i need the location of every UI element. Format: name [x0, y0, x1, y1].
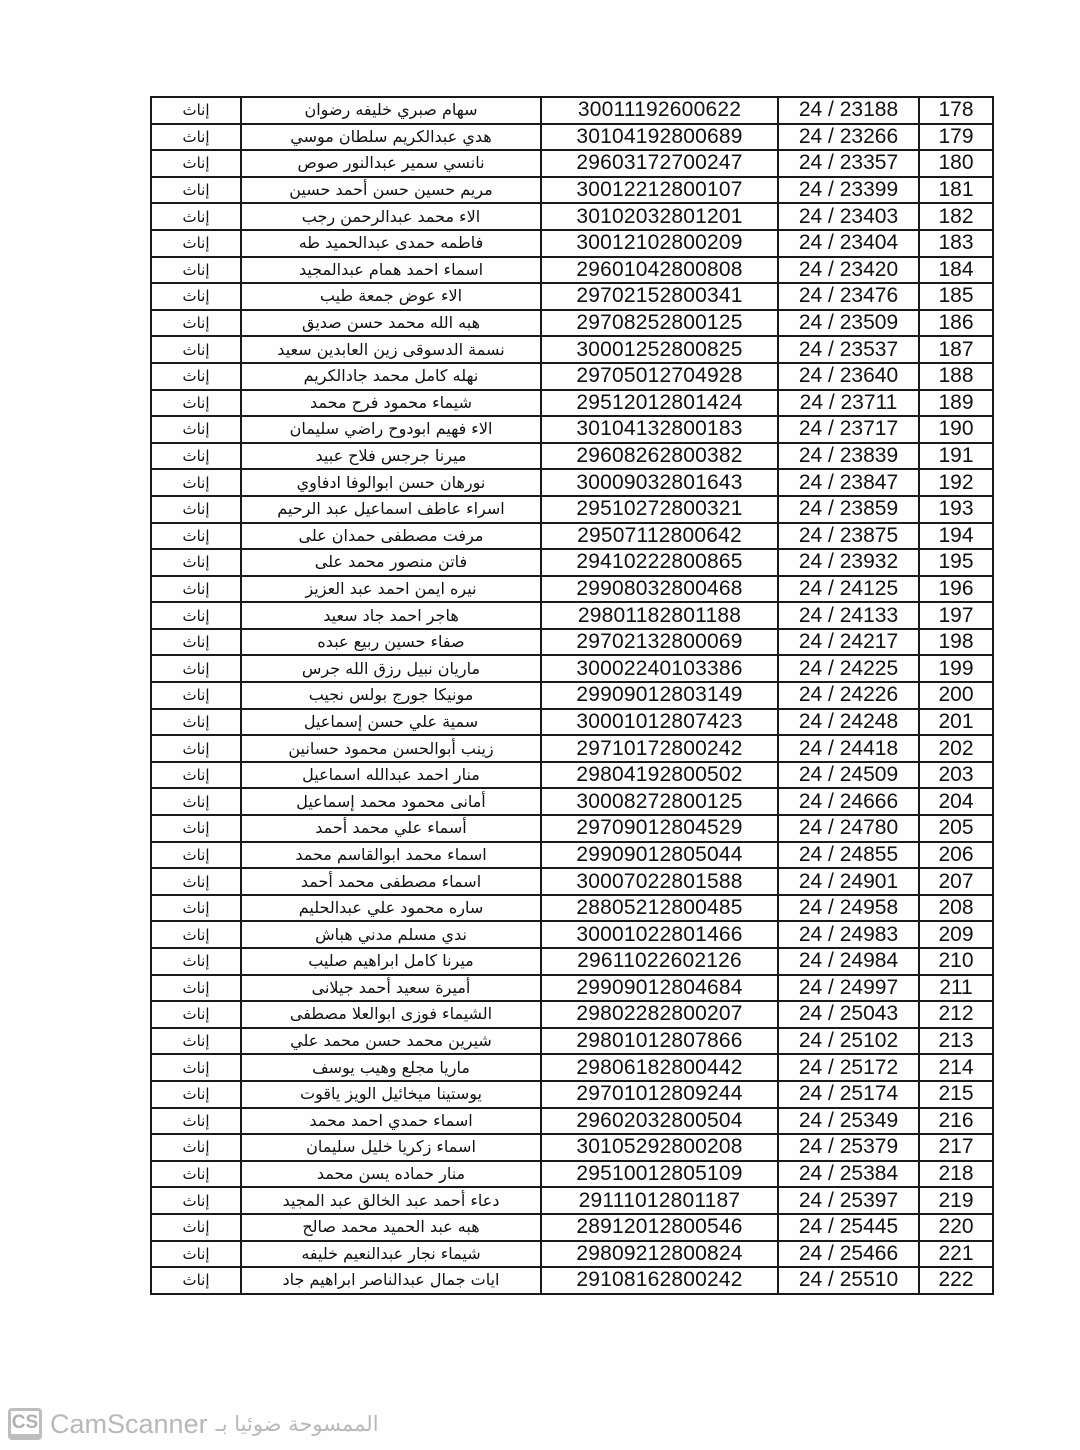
seat-number-cell: 24 / 23404 — [778, 230, 919, 257]
name-cell: ميرنا جرجس فلاح عبيد — [241, 443, 541, 470]
student-roster-table: إناثسهام صبري خليفه رضوان300111926006222… — [150, 96, 994, 1295]
national-id-cell: 29801012807866 — [541, 1028, 778, 1055]
serial-number-cell: 222 — [919, 1267, 993, 1294]
gender-cell: إناث — [151, 975, 241, 1002]
gender-cell: إناث — [151, 336, 241, 363]
seat-number-cell: 24 / 24125 — [778, 576, 919, 603]
seat-number-cell: 24 / 24855 — [778, 842, 919, 869]
national-id-cell: 30001252800825 — [541, 336, 778, 363]
name-cell: الاء محمد عبدالرحمن رجب — [241, 203, 541, 230]
serial-number-cell: 215 — [919, 1081, 993, 1108]
table-row: إناثمنار حماده يسن محمد2951001280510924 … — [151, 1161, 993, 1188]
serial-number-cell: 205 — [919, 815, 993, 842]
gender-cell: إناث — [151, 124, 241, 151]
name-cell: ندي مسلم مدني هباش — [241, 921, 541, 948]
serial-number-cell: 190 — [919, 416, 993, 443]
national-id-cell: 30007022801588 — [541, 868, 778, 895]
name-cell: ايات جمال عبدالناصر ابراهيم جاد — [241, 1267, 541, 1294]
serial-number-cell: 182 — [919, 203, 993, 230]
serial-number-cell: 209 — [919, 921, 993, 948]
national-id-cell: 29710172800242 — [541, 735, 778, 762]
seat-number-cell: 24 / 24133 — [778, 602, 919, 629]
table-row: إناثسمية علي حسن إسماعيل3000101280742324… — [151, 709, 993, 736]
name-cell: ماريان نبيل رزق الله جرس — [241, 655, 541, 682]
table-row: إناثهاجر احمد جاد سعيد2980118280118824 /… — [151, 602, 993, 629]
name-cell: هاجر احمد جاد سعيد — [241, 602, 541, 629]
seat-number-cell: 24 / 24509 — [778, 762, 919, 789]
table-row: إناثميرنا جرجس فلاح عبيد2960826280038224… — [151, 443, 993, 470]
gender-cell: إناث — [151, 842, 241, 869]
serial-number-cell: 208 — [919, 895, 993, 922]
name-cell: الاء فهيم ابودوح راضي سليمان — [241, 416, 541, 443]
serial-number-cell: 206 — [919, 842, 993, 869]
serial-number-cell: 186 — [919, 310, 993, 337]
gender-cell: إناث — [151, 868, 241, 895]
seat-number-cell: 24 / 23188 — [778, 97, 919, 124]
gender-cell: إناث — [151, 1161, 241, 1188]
seat-number-cell: 24 / 25349 — [778, 1108, 919, 1135]
table-row: إناثفاطمه حمدى عبدالحميد طه3001210280020… — [151, 230, 993, 257]
serial-number-cell: 185 — [919, 283, 993, 310]
camscanner-watermark: CS CamScanner الممسوحة ضوئيا بـ — [8, 1404, 379, 1444]
national-id-cell: 29708252800125 — [541, 310, 778, 337]
name-cell: ماريا مجلع وهيب يوسف — [241, 1054, 541, 1081]
seat-number-cell: 24 / 23476 — [778, 283, 919, 310]
name-cell: نهله كامل محمد جادالكريم — [241, 363, 541, 390]
name-cell: سهام صبري خليفه رضوان — [241, 97, 541, 124]
gender-cell: إناث — [151, 1214, 241, 1241]
seat-number-cell: 24 / 24418 — [778, 735, 919, 762]
name-cell: الاء عوض جمعة طيب — [241, 283, 541, 310]
seat-number-cell: 24 / 25043 — [778, 1001, 919, 1028]
national-id-cell: 29608262800382 — [541, 443, 778, 470]
table-row: إناثالاء عوض جمعة طيب2970215280034124 / … — [151, 283, 993, 310]
national-id-cell: 29908032800468 — [541, 576, 778, 603]
serial-number-cell: 204 — [919, 788, 993, 815]
gender-cell: إناث — [151, 443, 241, 470]
table-row: إناثساره محمود علي عبدالحليم288052128004… — [151, 895, 993, 922]
table-row: إناثنورهان حسن ابوالوفا ادفاوي3000903280… — [151, 469, 993, 496]
gender-cell: إناث — [151, 762, 241, 789]
national-id-cell: 29909012805044 — [541, 842, 778, 869]
serial-number-cell: 221 — [919, 1241, 993, 1268]
national-id-cell: 29809212800824 — [541, 1241, 778, 1268]
watermark-brand: CamScanner — [50, 1409, 208, 1440]
national-id-cell: 30104192800689 — [541, 124, 778, 151]
table-row: إناثنسمة الدسوقى زين العابدين سعيد300012… — [151, 336, 993, 363]
seat-number-cell: 24 / 23711 — [778, 390, 919, 417]
national-id-cell: 30012102800209 — [541, 230, 778, 257]
table-row: إناثصفاء حسين ربيع عبده2970213280006924 … — [151, 629, 993, 656]
national-id-cell: 28805212800485 — [541, 895, 778, 922]
national-id-cell: 29909012804684 — [541, 975, 778, 1002]
serial-number-cell: 219 — [919, 1187, 993, 1214]
seat-number-cell: 24 / 23875 — [778, 523, 919, 550]
table-row: إناثمرفت مصطفى حمدان على2950711280064224… — [151, 523, 993, 550]
gender-cell: إناث — [151, 416, 241, 443]
name-cell: منار حماده يسن محمد — [241, 1161, 541, 1188]
national-id-cell: 30012212800107 — [541, 177, 778, 204]
serial-number-cell: 212 — [919, 1001, 993, 1028]
table-row: إناثاسماء احمد همام عبدالمجيد29601042800… — [151, 257, 993, 284]
seat-number-cell: 24 / 23403 — [778, 203, 919, 230]
seat-number-cell: 24 / 24901 — [778, 868, 919, 895]
table-row: إناثميرنا كامل ابراهيم صليب2961102260212… — [151, 948, 993, 975]
seat-number-cell: 24 / 25510 — [778, 1267, 919, 1294]
national-id-cell: 29603172700247 — [541, 150, 778, 177]
serial-number-cell: 220 — [919, 1214, 993, 1241]
serial-number-cell: 191 — [919, 443, 993, 470]
serial-number-cell: 195 — [919, 549, 993, 576]
national-id-cell: 30011192600622 — [541, 97, 778, 124]
name-cell: زينب أبوالحسن محمود حسانين — [241, 735, 541, 762]
national-id-cell: 29702132800069 — [541, 629, 778, 656]
table-row: إناثنانسي سمير عبدالنور صوص2960317270024… — [151, 150, 993, 177]
gender-cell: إناث — [151, 549, 241, 576]
national-id-cell: 29507112800642 — [541, 523, 778, 550]
seat-number-cell: 24 / 23266 — [778, 124, 919, 151]
name-cell: أسماء علي محمد أحمد — [241, 815, 541, 842]
name-cell: ميرنا كامل ابراهيم صليب — [241, 948, 541, 975]
roster-body: إناثسهام صبري خليفه رضوان300111926006222… — [151, 97, 993, 1294]
table-row: إناثهدي عبدالكريم سلطان موسي301041928006… — [151, 124, 993, 151]
table-row: إناثنهله كامل محمد جادالكريم297050127049… — [151, 363, 993, 390]
table-row: إناثاسراء عاطف اسماعيل عبد الرحيم2951027… — [151, 496, 993, 523]
national-id-cell: 29410222800865 — [541, 549, 778, 576]
serial-number-cell: 199 — [919, 655, 993, 682]
serial-number-cell: 218 — [919, 1161, 993, 1188]
name-cell: اسماء محمد ابوالقاسم محمد — [241, 842, 541, 869]
seat-number-cell: 24 / 23847 — [778, 469, 919, 496]
gender-cell: إناث — [151, 1267, 241, 1294]
national-id-cell: 29804192800502 — [541, 762, 778, 789]
table-row: إناثالاء فهيم ابودوح راضي سليمان30104132… — [151, 416, 993, 443]
gender-cell: إناث — [151, 921, 241, 948]
name-cell: منار احمد عبدالله اسماعيل — [241, 762, 541, 789]
gender-cell: إناث — [151, 257, 241, 284]
table-row: إناثأمانى محمود محمد إسماعيل300082728001… — [151, 788, 993, 815]
seat-number-cell: 24 / 24248 — [778, 709, 919, 736]
name-cell: اسماء مصطفى محمد أحمد — [241, 868, 541, 895]
gender-cell: إناث — [151, 895, 241, 922]
gender-cell: إناث — [151, 1241, 241, 1268]
gender-cell: إناث — [151, 469, 241, 496]
table-row: إناثأميرة سعيد أحمد جيلانى29909012804684… — [151, 975, 993, 1002]
name-cell: أميرة سعيد أحمد جيلانى — [241, 975, 541, 1002]
national-id-cell: 29702152800341 — [541, 283, 778, 310]
serial-number-cell: 210 — [919, 948, 993, 975]
name-cell: الشيماء فوزى ابوالعلا مصطفى — [241, 1001, 541, 1028]
seat-number-cell: 24 / 25397 — [778, 1187, 919, 1214]
gender-cell: إناث — [151, 602, 241, 629]
name-cell: اسماء حمدي احمد محمد — [241, 1108, 541, 1135]
gender-cell: إناث — [151, 203, 241, 230]
seat-number-cell: 24 / 24780 — [778, 815, 919, 842]
gender-cell: إناث — [151, 1054, 241, 1081]
name-cell: ساره محمود علي عبدالحليم — [241, 895, 541, 922]
national-id-cell: 30008272800125 — [541, 788, 778, 815]
serial-number-cell: 194 — [919, 523, 993, 550]
national-id-cell: 29709012804529 — [541, 815, 778, 842]
serial-number-cell: 217 — [919, 1134, 993, 1161]
national-id-cell: 29111012801187 — [541, 1187, 778, 1214]
gender-cell: إناث — [151, 1081, 241, 1108]
seat-number-cell: 24 / 24666 — [778, 788, 919, 815]
national-id-cell: 30102032801201 — [541, 203, 778, 230]
table-row: إناثأسماء علي محمد أحمد2970901280452924 … — [151, 815, 993, 842]
serial-number-cell: 216 — [919, 1108, 993, 1135]
name-cell: يوستينا ميخائيل الويز ياقوت — [241, 1081, 541, 1108]
serial-number-cell: 193 — [919, 496, 993, 523]
table-row: إناثاسماء محمد ابوالقاسم محمد29909012805… — [151, 842, 993, 869]
serial-number-cell: 214 — [919, 1054, 993, 1081]
gender-cell: إناث — [151, 1028, 241, 1055]
table-row: إناثماريان نبيل رزق الله جرس300022401033… — [151, 655, 993, 682]
seat-number-cell: 24 / 23357 — [778, 150, 919, 177]
table-row: إناثاسماء زكريا خليل سليمان3010529280020… — [151, 1134, 993, 1161]
seat-number-cell: 24 / 23420 — [778, 257, 919, 284]
serial-number-cell: 213 — [919, 1028, 993, 1055]
seat-number-cell: 24 / 23399 — [778, 177, 919, 204]
table-row: إناثندي مسلم مدني هباش3000102280146624 /… — [151, 921, 993, 948]
seat-number-cell: 24 / 23717 — [778, 416, 919, 443]
national-id-cell: 29512012801424 — [541, 390, 778, 417]
seat-number-cell: 24 / 25445 — [778, 1214, 919, 1241]
name-cell: نورهان حسن ابوالوفا ادفاوي — [241, 469, 541, 496]
serial-number-cell: 196 — [919, 576, 993, 603]
national-id-cell: 29510012805109 — [541, 1161, 778, 1188]
seat-number-cell: 24 / 25172 — [778, 1054, 919, 1081]
seat-number-cell: 24 / 23537 — [778, 336, 919, 363]
serial-number-cell: 207 — [919, 868, 993, 895]
seat-number-cell: 24 / 25102 — [778, 1028, 919, 1055]
seat-number-cell: 24 / 23509 — [778, 310, 919, 337]
national-id-cell: 29108162800242 — [541, 1267, 778, 1294]
name-cell: شيماء محمود فرح محمد — [241, 390, 541, 417]
serial-number-cell: 178 — [919, 97, 993, 124]
gender-cell: إناث — [151, 97, 241, 124]
name-cell: نسمة الدسوقى زين العابدين سعيد — [241, 336, 541, 363]
seat-number-cell: 24 / 25384 — [778, 1161, 919, 1188]
table-row: إناثالشيماء فوزى ابوالعلا مصطفى298022828… — [151, 1001, 993, 1028]
camscanner-logo-icon: CS — [8, 1408, 42, 1440]
seat-number-cell: 24 / 23640 — [778, 363, 919, 390]
national-id-cell: 29802282800207 — [541, 1001, 778, 1028]
watermark-text: الممسوحة ضوئيا بـ — [216, 1412, 379, 1436]
table-row: إناثمريم حسين حسن أحمد حسين3001221280010… — [151, 177, 993, 204]
serial-number-cell: 197 — [919, 602, 993, 629]
serial-number-cell: 184 — [919, 257, 993, 284]
seat-number-cell: 24 / 23859 — [778, 496, 919, 523]
gender-cell: إناث — [151, 1134, 241, 1161]
national-id-cell: 29801182801188 — [541, 602, 778, 629]
table-row: إناثاسماء مصطفى محمد أحمد300070228015882… — [151, 868, 993, 895]
name-cell: هبه الله محمد حسن صديق — [241, 310, 541, 337]
table-row: إناثنيره ايمن احمد عبد العزيز29908032800… — [151, 576, 993, 603]
table-row: إناثشيماء نجار عبدالنعيم خليفه2980921280… — [151, 1241, 993, 1268]
national-id-cell: 29510272800321 — [541, 496, 778, 523]
seat-number-cell: 24 / 24217 — [778, 629, 919, 656]
serial-number-cell: 188 — [919, 363, 993, 390]
name-cell: مريم حسين حسن أحمد حسين — [241, 177, 541, 204]
national-id-cell: 30105292800208 — [541, 1134, 778, 1161]
name-cell: صفاء حسين ربيع عبده — [241, 629, 541, 656]
serial-number-cell: 200 — [919, 682, 993, 709]
gender-cell: إناث — [151, 709, 241, 736]
gender-cell: إناث — [151, 1001, 241, 1028]
name-cell: مونيكا جورج بولس نجيب — [241, 682, 541, 709]
seat-number-cell: 24 / 25466 — [778, 1241, 919, 1268]
national-id-cell: 30009032801643 — [541, 469, 778, 496]
serial-number-cell: 203 — [919, 762, 993, 789]
gender-cell: إناث — [151, 788, 241, 815]
national-id-cell: 30001022801466 — [541, 921, 778, 948]
serial-number-cell: 179 — [919, 124, 993, 151]
serial-number-cell: 180 — [919, 150, 993, 177]
scanned-page: إناثسهام صبري خليفه رضوان300111926006222… — [0, 0, 1080, 1450]
seat-number-cell: 24 / 23932 — [778, 549, 919, 576]
gender-cell: إناث — [151, 150, 241, 177]
gender-cell: إناث — [151, 815, 241, 842]
national-id-cell: 30104132800183 — [541, 416, 778, 443]
table-row: إناثزينب أبوالحسن محمود حسانين2971017280… — [151, 735, 993, 762]
table-row: إناثدعاء أحمد عبد الخالق عبد المجيد29111… — [151, 1187, 993, 1214]
gender-cell: إناث — [151, 655, 241, 682]
name-cell: شيرين محمد حسن محمد علي — [241, 1028, 541, 1055]
name-cell: اسراء عاطف اسماعيل عبد الرحيم — [241, 496, 541, 523]
national-id-cell: 29602032800504 — [541, 1108, 778, 1135]
table-row: إناثالاء محمد عبدالرحمن رجب3010203280120… — [151, 203, 993, 230]
gender-cell: إناث — [151, 390, 241, 417]
name-cell: هدي عبدالكريم سلطان موسي — [241, 124, 541, 151]
gender-cell: إناث — [151, 363, 241, 390]
national-id-cell: 30002240103386 — [541, 655, 778, 682]
name-cell: مرفت مصطفى حمدان على — [241, 523, 541, 550]
national-id-cell: 28912012800546 — [541, 1214, 778, 1241]
serial-number-cell: 201 — [919, 709, 993, 736]
seat-number-cell: 24 / 24984 — [778, 948, 919, 975]
gender-cell: إناث — [151, 177, 241, 204]
national-id-cell: 29611022602126 — [541, 948, 778, 975]
gender-cell: إناث — [151, 735, 241, 762]
name-cell: هبه عبد الحميد محمد صالح — [241, 1214, 541, 1241]
seat-number-cell: 24 / 24225 — [778, 655, 919, 682]
gender-cell: إناث — [151, 283, 241, 310]
table-row: إناثماريا مجلع وهيب يوسف2980618280044224… — [151, 1054, 993, 1081]
serial-number-cell: 202 — [919, 735, 993, 762]
national-id-cell: 29601042800808 — [541, 257, 778, 284]
table-row: إناثمونيكا جورج بولس نجيب299090128031492… — [151, 682, 993, 709]
national-id-cell: 30001012807423 — [541, 709, 778, 736]
table-row: إناثايات جمال عبدالناصر ابراهيم جاد29108… — [151, 1267, 993, 1294]
national-id-cell: 29806182800442 — [541, 1054, 778, 1081]
table-row: إناثفاتن منصور محمد على2941022280086524 … — [151, 549, 993, 576]
gender-cell: إناث — [151, 523, 241, 550]
seat-number-cell: 24 / 25174 — [778, 1081, 919, 1108]
national-id-cell: 29909012803149 — [541, 682, 778, 709]
serial-number-cell: 189 — [919, 390, 993, 417]
name-cell: شيماء نجار عبدالنعيم خليفه — [241, 1241, 541, 1268]
table-row: إناثشيرين محمد حسن محمد علي2980101280786… — [151, 1028, 993, 1055]
serial-number-cell: 211 — [919, 975, 993, 1002]
name-cell: دعاء أحمد عبد الخالق عبد المجيد — [241, 1187, 541, 1214]
table-row: إناثمنار احمد عبدالله اسماعيل29804192800… — [151, 762, 993, 789]
gender-cell: إناث — [151, 496, 241, 523]
gender-cell: إناث — [151, 576, 241, 603]
gender-cell: إناث — [151, 230, 241, 257]
gender-cell: إناث — [151, 629, 241, 656]
name-cell: اسماء زكريا خليل سليمان — [241, 1134, 541, 1161]
table-row: إناثيوستينا ميخائيل الويز ياقوت297010128… — [151, 1081, 993, 1108]
name-cell: اسماء احمد همام عبدالمجيد — [241, 257, 541, 284]
seat-number-cell: 24 / 23839 — [778, 443, 919, 470]
name-cell: فاتن منصور محمد على — [241, 549, 541, 576]
table-row: إناثسهام صبري خليفه رضوان300111926006222… — [151, 97, 993, 124]
serial-number-cell: 198 — [919, 629, 993, 656]
seat-number-cell: 24 / 24958 — [778, 895, 919, 922]
name-cell: نانسي سمير عبدالنور صوص — [241, 150, 541, 177]
serial-number-cell: 183 — [919, 230, 993, 257]
table-row: إناثشيماء محمود فرح محمد2951201280142424… — [151, 390, 993, 417]
serial-number-cell: 187 — [919, 336, 993, 363]
gender-cell: إناث — [151, 1108, 241, 1135]
serial-number-cell: 181 — [919, 177, 993, 204]
name-cell: أمانى محمود محمد إسماعيل — [241, 788, 541, 815]
name-cell: فاطمه حمدى عبدالحميد طه — [241, 230, 541, 257]
national-id-cell: 29701012809244 — [541, 1081, 778, 1108]
seat-number-cell: 24 / 25379 — [778, 1134, 919, 1161]
table-row: إناثهبه الله محمد حسن صديق29708252800125… — [151, 310, 993, 337]
gender-cell: إناث — [151, 948, 241, 975]
gender-cell: إناث — [151, 682, 241, 709]
name-cell: سمية علي حسن إسماعيل — [241, 709, 541, 736]
national-id-cell: 29705012704928 — [541, 363, 778, 390]
serial-number-cell: 192 — [919, 469, 993, 496]
gender-cell: إناث — [151, 310, 241, 337]
table-row: إناثهبه عبد الحميد محمد صالح289120128005… — [151, 1214, 993, 1241]
name-cell: نيره ايمن احمد عبد العزيز — [241, 576, 541, 603]
table-row: إناثاسماء حمدي احمد محمد2960203280050424… — [151, 1108, 993, 1135]
gender-cell: إناث — [151, 1187, 241, 1214]
seat-number-cell: 24 / 24226 — [778, 682, 919, 709]
seat-number-cell: 24 / 24997 — [778, 975, 919, 1002]
seat-number-cell: 24 / 24983 — [778, 921, 919, 948]
